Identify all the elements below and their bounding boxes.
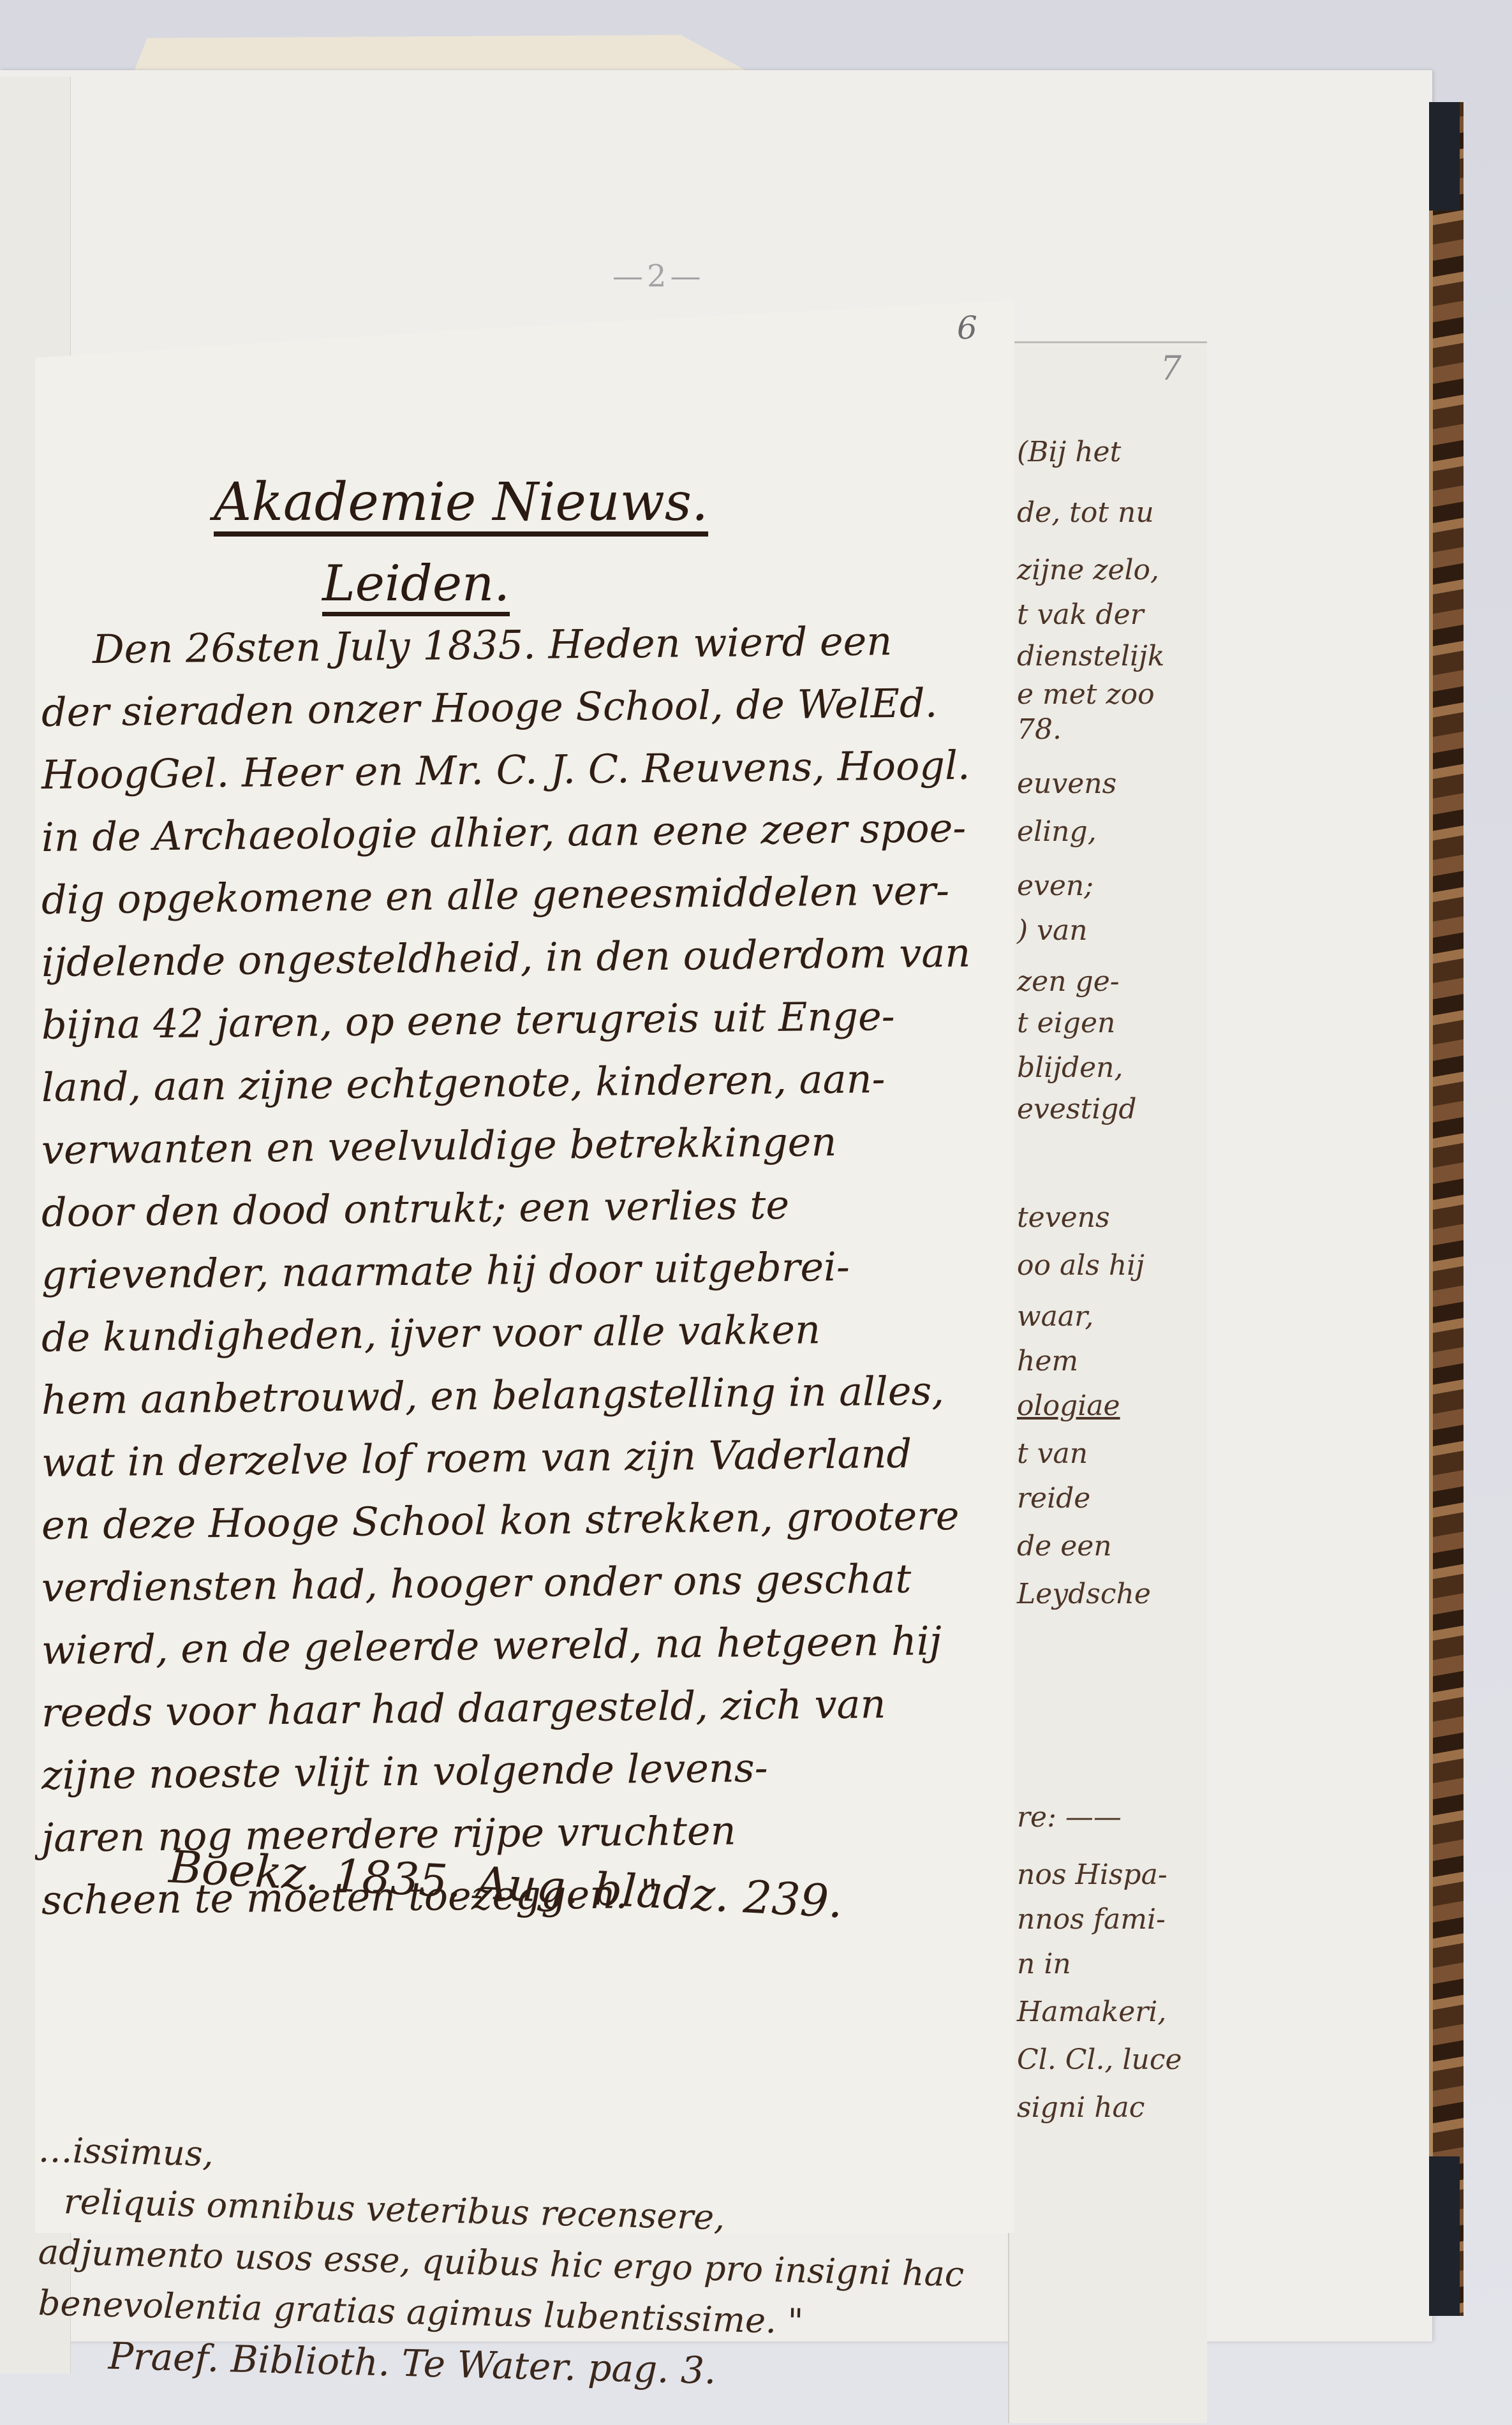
fragment: re: —— — [1017, 1801, 1122, 1834]
fragment: tevens — [1017, 1201, 1110, 1234]
text-line: hem aanbetrouwd, en belangstelling in al… — [41, 1359, 1011, 1432]
text-line: in de Archaeologie alhier, aan eene zeer… — [41, 796, 1011, 869]
sheet-subtitle: Leiden. — [322, 555, 510, 612]
text-line: zijne noeste vlijt in volgende levens- — [41, 1734, 1011, 1807]
leather-spine-top — [1429, 102, 1460, 211]
fragment: zijne zelo, — [1017, 554, 1159, 586]
text-line: wierd, en de geleerde wereld, na hetgeen… — [41, 1609, 1011, 1682]
fragment: blijden, — [1017, 1051, 1123, 1084]
fragment: euvens — [1017, 768, 1116, 800]
fragment: reide — [1017, 1482, 1090, 1515]
page-header-number: —2— — [612, 258, 705, 294]
marbled-book-cover — [1429, 102, 1464, 2316]
text-line: land, aan zijne echtgenote, kinderen, aa… — [41, 1046, 1011, 1119]
fragment: eling, — [1017, 815, 1097, 848]
latin-passage: …issimus, reliquis omnibus veteribus rec… — [38, 2125, 1250, 2380]
body-text: Den 26sten July 1835. Heden wierd een de… — [41, 619, 1011, 1932]
fragment: (Bij het — [1017, 436, 1121, 468]
sheet-title: Akademie Nieuws. — [214, 472, 708, 533]
leather-spine-bottom — [1429, 2156, 1460, 2316]
text-line: door den dood ontrukt; een verlies te — [41, 1171, 1011, 1244]
text-line: bijna 42 jaren, op eene terugreis uit En… — [41, 984, 1011, 1057]
fragment: signi hac — [1017, 2091, 1145, 2124]
fragment: zen ge- — [1017, 965, 1120, 998]
fragment: e met zoo — [1017, 678, 1155, 711]
text-line: verwanten en veelvuldige betrekkingen — [41, 1109, 1011, 1182]
fragment: even; — [1017, 870, 1093, 902]
fragment: n in — [1017, 1948, 1071, 1980]
fragment: t van — [1017, 1437, 1088, 1470]
photo-scene: —2— 7 (Bij het de, tot nu zijne zelo, t … — [0, 0, 1512, 2425]
fragment: t vak der — [1017, 598, 1144, 631]
text-line: Den 26sten July 1835. Heden wierd een — [41, 609, 1011, 681]
inserted-sheet-7: 7 (Bij het de, tot nu zijne zelo, t vak … — [1008, 341, 1207, 2423]
fragment: de, tot nu — [1017, 496, 1154, 529]
fragment: waar, — [1017, 1300, 1093, 1333]
fragment: oo als hij — [1017, 1249, 1145, 1282]
fragment: de een — [1017, 1530, 1112, 1562]
fragment: hem — [1017, 1345, 1078, 1377]
fragment: Hamakeri, — [1017, 1996, 1166, 2028]
text-line: ijdelende ongesteldheid, in den ouderdom… — [41, 921, 1011, 994]
page-number: 7 — [1160, 350, 1182, 388]
fragment: evestigd — [1017, 1093, 1137, 1125]
fragment: dienstelijk — [1017, 640, 1164, 672]
text-line: HoogGel. Heer en Mr. C. J. C. Reuvens, H… — [41, 734, 1011, 806]
text-line: der sieraden onzer Hooge School, de WelE… — [41, 671, 1011, 744]
text-line: wat in derzelve lof roem van zijn Vaderl… — [41, 1421, 1011, 1494]
text-line: dig opgekomene en alle geneesmiddelen ve… — [41, 859, 1011, 931]
fragment: nos Hispa- — [1017, 1858, 1167, 1891]
fragment: t eigen — [1017, 1007, 1115, 1039]
page-number: 6 — [957, 309, 977, 346]
fragment: 78. — [1017, 713, 1062, 746]
text-line: verdiensten had, hooger onder ons gescha… — [41, 1546, 1011, 1619]
text-line: grievender, naarmate hij door uitgebrei- — [41, 1234, 1011, 1307]
fragment: ologiae — [1017, 1390, 1120, 1422]
fragment: Cl. Cl., luce — [1017, 2043, 1182, 2076]
text-line: reeds voor haar had daargesteld, zich va… — [41, 1672, 1011, 1744]
text-line: en deze Hooge School kon strekken, groot… — [41, 1484, 1011, 1557]
fragment: ) van — [1017, 914, 1088, 947]
fragment: Leydsche — [1017, 1578, 1151, 1610]
text-line: de kundigheden, ijver voor alle vakken — [41, 1296, 1011, 1369]
fragment: nnos fami- — [1017, 1903, 1166, 1936]
inserted-sheet-6: 6 Akademie Nieuws. Leiden. Den 26sten Ju… — [35, 300, 1014, 2233]
